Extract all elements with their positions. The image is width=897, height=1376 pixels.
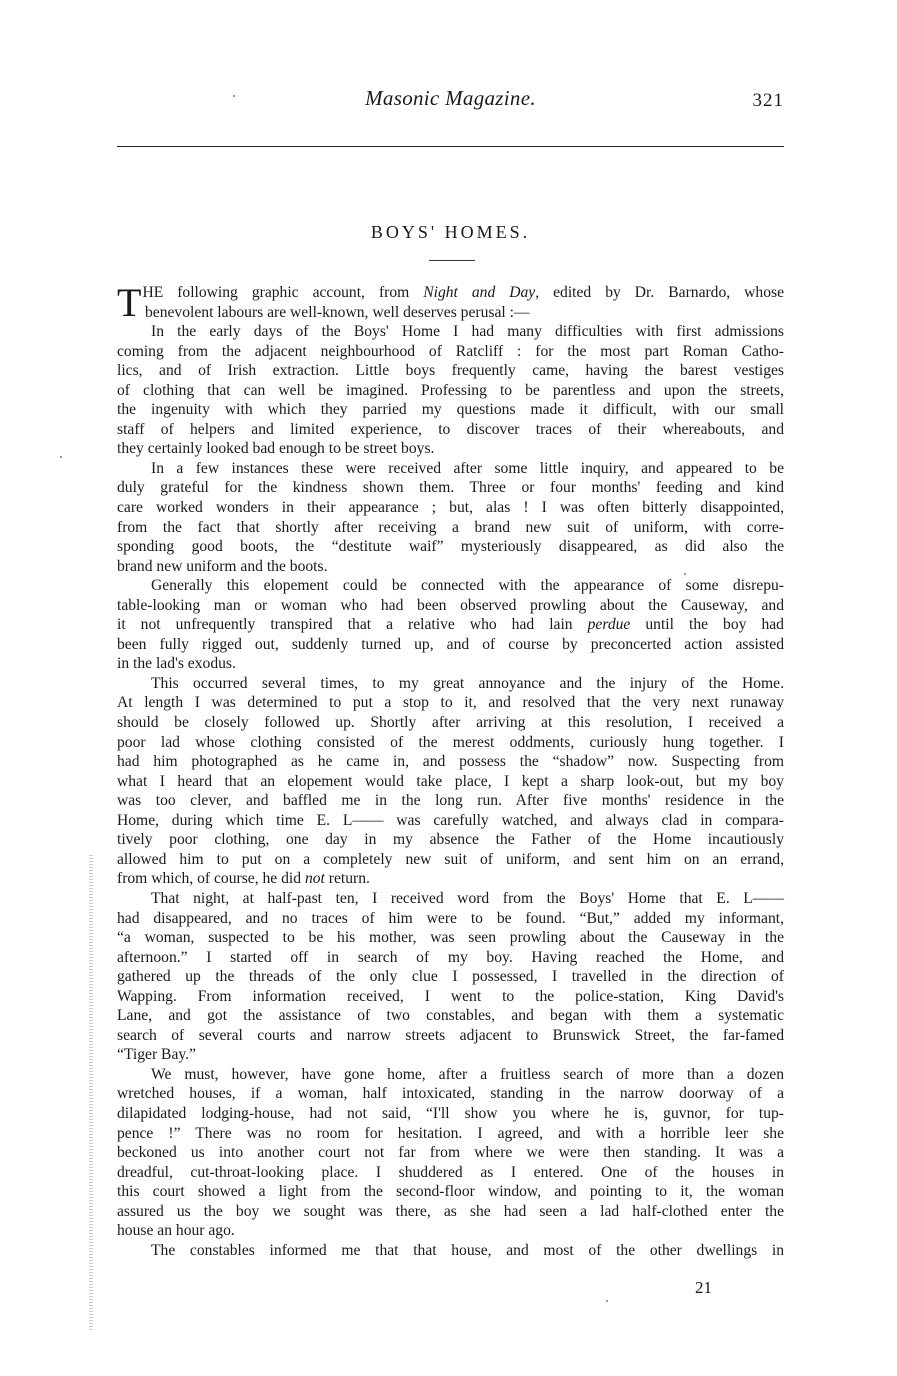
text-line: assured us the boy we sought was there, … (117, 1202, 784, 1222)
header-rule (117, 146, 784, 147)
paragraph-6: We must, however, have gone home, after … (117, 1065, 784, 1241)
text-line: In a few instances these were received a… (117, 459, 784, 479)
text-line: house an hour ago. (117, 1221, 784, 1241)
text-line: staff of helpers and limited experience,… (117, 420, 784, 440)
text-line: tively poor clothing, one day in my abse… (117, 830, 784, 850)
text-line: “a woman, suspected to be his mother, wa… (117, 928, 784, 948)
text-run: return. (325, 870, 370, 887)
text-line: dilapidated lodging-house, had not said,… (117, 1104, 784, 1124)
italic-term: perdue (588, 616, 631, 633)
title-rule (429, 260, 475, 261)
text-run: it not unfrequently transpired that a re… (117, 616, 588, 633)
text-line: lics, and of Irish extraction. Little bo… (117, 361, 784, 381)
text-run: , edited by Dr. Barnardo, whose (535, 284, 784, 301)
text-line: Lane, and got the assistance of two cons… (117, 1006, 784, 1026)
text-line: Home, during which time E. L—— was caref… (117, 811, 784, 831)
text-line: That night, at half-past ten, I received… (117, 889, 784, 909)
text-line: “Tiger Bay.” (117, 1045, 784, 1065)
text-line: poor lad whose clothing consisted of the… (117, 733, 784, 753)
text-line: gathered up the threads of the only clue… (117, 967, 784, 987)
text-line: allowed him to put on a completely new s… (117, 850, 784, 870)
paragraph-1: In the early days of the Boys' Home I ha… (117, 322, 784, 459)
paragraph-4: This occurred several times, to my great… (117, 674, 784, 889)
text-line: coming from the adjacent neighbourhood o… (117, 342, 784, 362)
text-line: care worked wonders in their appearance … (117, 498, 784, 518)
article-title: BOYS' HOMES. (117, 222, 784, 243)
binding-gutter (89, 855, 93, 1330)
text-line: At length I was determined to put a stop… (117, 693, 784, 713)
text-run: from which, of course, he did (117, 870, 305, 887)
text-line: from which, of course, he did not return… (117, 869, 784, 889)
text-line: dreadful, cut-throat-looking place. I sh… (117, 1163, 784, 1183)
text-line: The constables informed me that that hou… (117, 1241, 784, 1261)
drop-cap: T (117, 285, 141, 323)
text-line: in the lad's exodus. (117, 654, 784, 674)
text-line: Wapping. From information received, I we… (117, 987, 784, 1007)
intro-paragraph: T HE following graphic account, from Nig… (117, 283, 784, 322)
text-line: from the fact that shortly after receivi… (117, 518, 784, 538)
running-head: Masonic Magazine. 321 (117, 84, 784, 114)
article-body: T HE following graphic account, from Nig… (117, 283, 784, 1260)
publication-title: Night and Day (423, 284, 535, 301)
text-line: had him photographed as he came in, and … (117, 752, 784, 772)
text-line: Generally this elopement could be connec… (117, 576, 784, 596)
text-line: wretched houses, if a woman, half intoxi… (117, 1084, 784, 1104)
text-line: search of several courts and narrow stre… (117, 1026, 784, 1046)
intro-line-2: benevolent labours are well-known, well … (117, 303, 784, 323)
text-run: until the boy had (630, 616, 784, 633)
print-speck (606, 1300, 608, 1302)
paragraph-7: The constables informed me that that hou… (117, 1241, 784, 1261)
signature-mark: 21 (695, 1278, 712, 1298)
print-speck (60, 456, 62, 458)
italic-term: not (305, 870, 325, 887)
text-line: this court showed a light from the secon… (117, 1182, 784, 1202)
text-line: afternoon.” I started off in search of m… (117, 948, 784, 968)
text-line: it not unfrequently transpired that a re… (117, 615, 784, 635)
text-line: This occurred several times, to my great… (117, 674, 784, 694)
text-line: should be closely followed up. Shortly a… (117, 713, 784, 733)
text-line: beckoned us into another court not far f… (117, 1143, 784, 1163)
paragraph-3: Generally this elopement could be connec… (117, 576, 784, 674)
text-line: they certainly looked bad enough to be s… (117, 439, 784, 459)
text-line: table-looking man or woman who had been … (117, 596, 784, 616)
text-line: In the early days of the Boys' Home I ha… (117, 322, 784, 342)
print-speck (684, 573, 686, 575)
text-line: had disappeared, and no traces of him we… (117, 909, 784, 929)
text-line: of clothing that can well be imagined. P… (117, 381, 784, 401)
paragraph-2: In a few instances these were received a… (117, 459, 784, 576)
text-run: HE following graphic account, from (142, 284, 423, 301)
text-line: pence !” There was no room for hesitatio… (117, 1124, 784, 1144)
text-line: was too clever, and baffled me in the lo… (117, 791, 784, 811)
text-line: what I heard that an elopement would tak… (117, 772, 784, 792)
text-line: duly grateful for the kindness shown the… (117, 478, 784, 498)
text-line: We must, however, have gone home, after … (117, 1065, 784, 1085)
print-speck (233, 95, 235, 97)
text-line: sponding good boots, the “destitute waif… (117, 537, 784, 557)
paragraph-5: That night, at half-past ten, I received… (117, 889, 784, 1065)
text-line: the ingenuity with which they parried my… (117, 400, 784, 420)
running-title: Masonic Magazine. (117, 86, 784, 111)
intro-line-1: HE following graphic account, from Night… (117, 283, 784, 303)
text-line: been fully rigged out, suddenly turned u… (117, 635, 784, 655)
page-number: 321 (753, 90, 785, 112)
